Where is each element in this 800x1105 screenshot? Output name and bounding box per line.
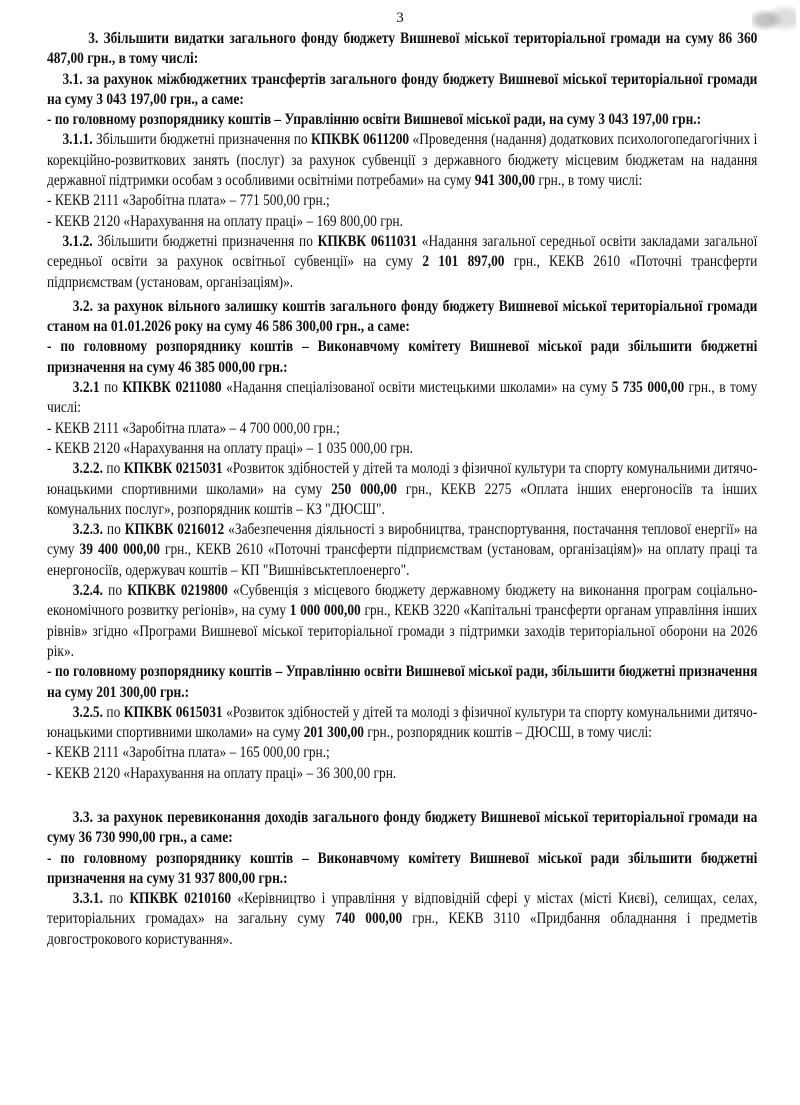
item-pre: по xyxy=(108,582,122,599)
item-number: 3.3.1. xyxy=(73,890,103,907)
item-text: «Надання спеціалізованої освіти мистецьк… xyxy=(226,379,607,396)
item-amount: 2 101 897,00 xyxy=(422,253,504,270)
item-pre: по xyxy=(106,460,120,477)
section-3-1-manager: - по головному розпоряднику коштів – Упр… xyxy=(47,110,757,130)
item-pre: по xyxy=(107,521,121,538)
item-code: КПКВК 0615031 xyxy=(124,704,223,721)
item-amount: 941 300,00 xyxy=(475,172,535,189)
item-pre: по xyxy=(106,704,120,721)
kekv-line: - КЕКВ 2111 «Заробітна плата» – 771 500,… xyxy=(47,191,757,211)
document-body: 3. Збільшити видатки загального фонду бю… xyxy=(47,29,658,950)
kekv-line: - КЕКВ 2120 «Нарахування на оплату праці… xyxy=(47,764,757,784)
item-amount: 201 300,00 xyxy=(304,724,364,741)
item-3-2-5: 3.2.5. по КПКВК 0615031 «Розвиток здібно… xyxy=(47,703,757,744)
item-amount: 1 000 000,00 xyxy=(290,602,361,619)
item-number: 3.2.3. xyxy=(73,521,103,538)
item-3-3-1: 3.3.1. по КПКВК 0210160 «Керівництво і у… xyxy=(47,889,757,950)
item-3-1-2: 3.1.2. Збільшити бюджетні призначення по… xyxy=(47,232,757,293)
kekv-line: - КЕКВ 2111 «Заробітна плата» – 165 000,… xyxy=(47,743,757,763)
item-code: КПКВК 0611200 xyxy=(311,131,409,148)
section-3-2-manager-2: - по головному розпоряднику коштів – Упр… xyxy=(47,662,757,703)
section-3-3-manager: - по головному розпоряднику коштів – Вик… xyxy=(47,849,757,890)
item-pre: Збільшити бюджетні призначення по xyxy=(96,131,308,148)
item-3-2-1: 3.2.1 по КПКВК 0211080 «Надання спеціалі… xyxy=(47,378,757,419)
item-code: КПКВК 0215031 xyxy=(124,460,223,477)
scan-smudge xyxy=(752,0,796,40)
section-3-2-heading: 3.2. за рахунок вільного залишку коштів … xyxy=(47,297,757,338)
item-pre: по xyxy=(104,379,118,396)
item-tail: грн., розпорядник коштів – ДЮСШ, в тому … xyxy=(367,724,652,741)
item-number: 3.2.5. xyxy=(73,704,103,721)
item-3-1-1: 3.1.1. Збільшити бюджетні призначення по… xyxy=(47,130,757,191)
item-number: 3.2.4. xyxy=(73,582,103,599)
item-number: 3.2.1 xyxy=(73,379,100,396)
item-3-2-3: 3.2.3. по КПКВК 0216012 «Забезпечення ді… xyxy=(47,520,757,581)
item-pre: Збільшити бюджетні призначення по xyxy=(97,233,313,250)
item-code: КПКВК 0211080 xyxy=(122,379,221,396)
kekv-line: - КЕКВ 2120 «Нарахування на оплату праці… xyxy=(47,439,757,459)
item-amount: 5 735 000,00 xyxy=(612,379,685,396)
page-number: 3 xyxy=(0,10,800,27)
item-3-2-2: 3.2.2. по КПКВК 0215031 «Розвиток здібно… xyxy=(47,459,757,520)
item-code: КПКВК 0611031 xyxy=(318,233,417,250)
section-3-heading: 3. Збільшити видатки загального фонду бю… xyxy=(47,29,757,70)
section-3-1-heading: 3.1. за рахунок міжбюджетних трансфертів… xyxy=(47,70,757,111)
item-code: КПКВК 0219800 xyxy=(127,582,228,599)
kekv-line: - КЕКВ 2111 «Заробітна плата» – 4 700 00… xyxy=(47,419,757,439)
item-number: 3.1.2. xyxy=(62,233,92,250)
item-code: КПКВК 0210160 xyxy=(129,890,231,907)
item-number: 3.1.1. xyxy=(62,131,92,148)
section-3-2-manager-1: - по головному розпоряднику коштів – Вик… xyxy=(47,337,757,378)
item-pre: по xyxy=(109,890,123,907)
item-tail: грн., в тому числі: xyxy=(538,172,642,189)
kekv-line: - КЕКВ 2120 «Нарахування на оплату праці… xyxy=(47,212,757,232)
item-amount: 39 400 000,00 xyxy=(80,541,160,558)
item-amount: 250 000,00 xyxy=(331,481,397,498)
item-3-2-4: 3.2.4. по КПКВК 0219800 «Субвенція з міс… xyxy=(47,581,757,662)
item-number: 3.2.2. xyxy=(73,460,103,477)
section-3-3-heading: 3.3. за рахунок перевиконання доходів за… xyxy=(47,808,757,849)
item-code: КПКВК 0216012 xyxy=(125,521,224,538)
item-amount: 740 000,00 xyxy=(335,910,402,927)
